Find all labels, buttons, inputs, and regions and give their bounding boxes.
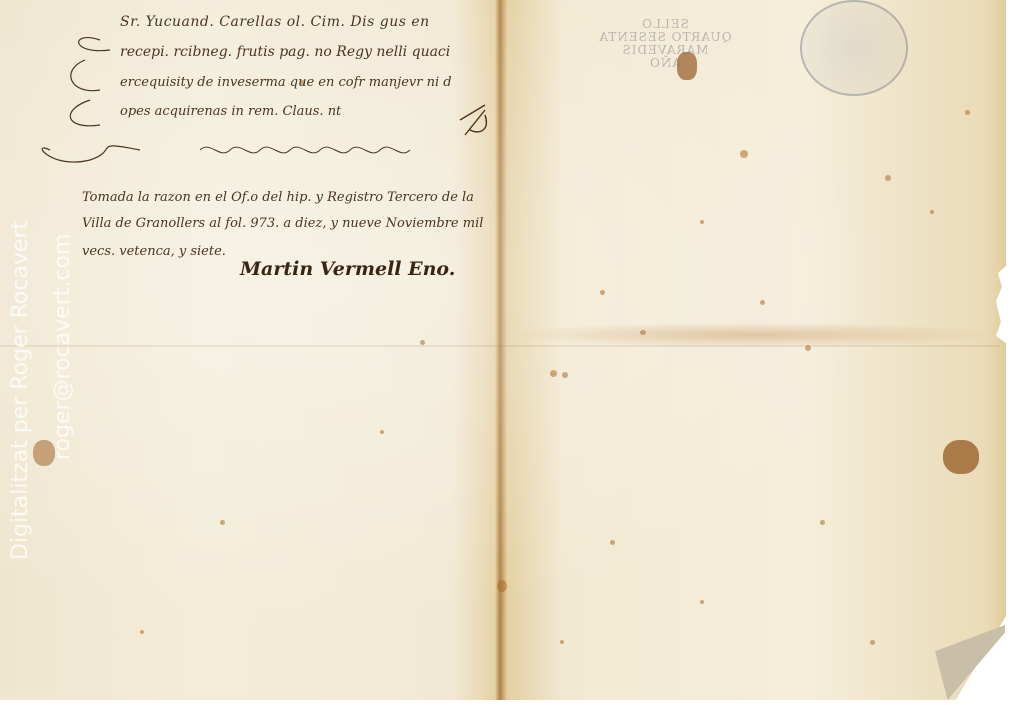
foxing-spot	[760, 300, 765, 305]
signature: Martin Vermell Eno.	[240, 258, 455, 280]
text-line: ercequisity de inveserma que en cofr man…	[120, 75, 452, 90]
text-line: recepi. rcibneg. frutis pag. no Regy nel…	[120, 44, 450, 60]
registry-note-line: Tomada la razon en el Of.o del hip. y Re…	[82, 190, 474, 205]
foxing-spot	[220, 520, 225, 525]
foxing-spot	[140, 630, 144, 634]
foxing-spot	[930, 210, 934, 214]
foxing-spot	[700, 220, 704, 224]
foxing-spot	[820, 520, 825, 525]
foxing-spot	[965, 110, 970, 115]
foxing-spot	[640, 330, 646, 335]
foxing-spot	[610, 540, 615, 545]
watermark: Digitalitzat per Roger Rocavert roger@ro…	[0, 120, 100, 560]
foxing-spot	[885, 175, 891, 181]
foxing-spot	[805, 345, 811, 351]
foxing-spot	[497, 580, 507, 592]
foxing-spot	[600, 290, 605, 295]
watermark-line-2: roger@rocavert.com	[50, 234, 75, 460]
tax-stamp: SELLO QUARTO SESENTA MARAVEDIS AÑO	[540, 18, 790, 70]
embossed-seal	[800, 0, 908, 96]
foxing-spot	[700, 600, 704, 604]
foxing-band	[505, 322, 1000, 348]
large-stain	[943, 440, 979, 474]
foxing-spot	[562, 372, 568, 378]
watermark-line-1: Digitalitzat per Roger Rocavert	[8, 221, 33, 560]
foxing-spot	[380, 430, 384, 434]
foxing-spot	[870, 640, 875, 645]
registry-note-line: Villa de Granollers al fol. 973. a diez,…	[82, 216, 483, 231]
text-line: Sr. Yucuand. Carellas ol. Cim. Dis gus e…	[120, 14, 430, 30]
stamp-line: AÑO	[540, 57, 790, 70]
foxing-spot	[740, 150, 748, 158]
registry-note-line: vecs. vetenca, y siete.	[82, 244, 226, 259]
foxing-spot	[560, 640, 564, 644]
foxing-spot	[550, 370, 557, 377]
text-line: opes acquirenas in rem. Claus. nt	[120, 104, 341, 119]
foxing-spot	[420, 340, 425, 345]
